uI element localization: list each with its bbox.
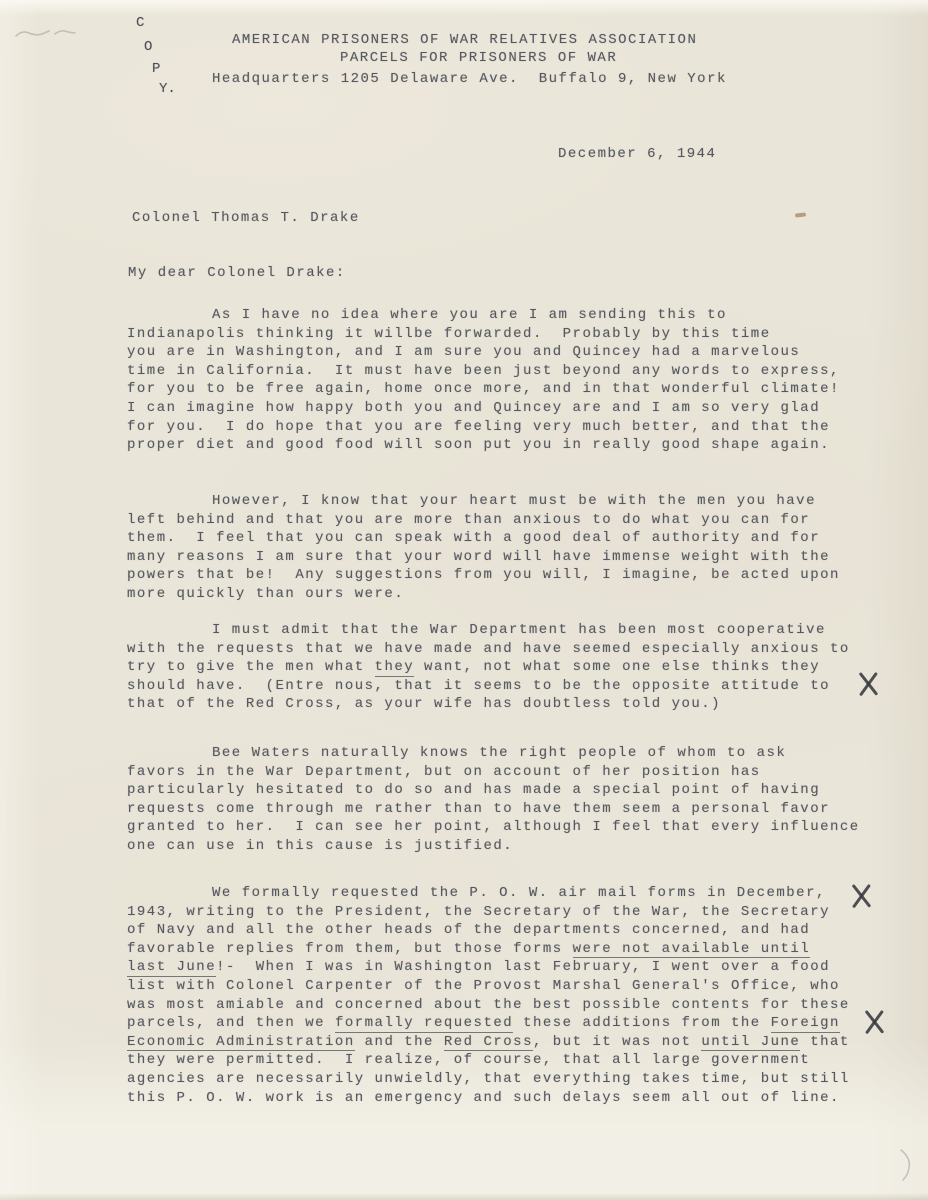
salutation: My dear Colonel Drake: — [128, 265, 346, 281]
typed-line: left behind and that you are more than a… — [127, 511, 917, 530]
pencil-scribble — [14, 24, 80, 44]
underlined-text: Foreign — [771, 1015, 840, 1033]
underlined-text: formally requested — [335, 1015, 513, 1033]
letterhead-organization: AMERICAN PRISONERS OF WAR RELATIVES ASSO… — [232, 32, 697, 48]
typed-line: parcels, and then we formally requested … — [127, 1014, 917, 1033]
underlined-text: Red Cross — [444, 1034, 533, 1052]
typed-line: We formally requested the P. O. W. air m… — [127, 884, 917, 903]
typed-line: granted to her. I can see her point, alt… — [127, 818, 917, 837]
typed-line: I can imagine how happy both you and Qui… — [127, 399, 917, 418]
typed-line: this P. O. W. work is an emergency and s… — [127, 1089, 917, 1108]
typed-line: of Navy and all the other heads of the d… — [127, 921, 917, 940]
typed-line: Bee Waters naturally knows the right peo… — [127, 744, 917, 763]
typed-line: requests come through me rather than to … — [127, 800, 917, 819]
typed-line: you are in Washington, and I am sure you… — [127, 343, 917, 362]
copy-stamp-letter: C — [136, 15, 144, 31]
typed-line: for you. I do hope that you are feeling … — [127, 418, 917, 437]
scanned-letter-page: C O P Y. AMERICAN PRISONERS OF WAR RELAT… — [0, 0, 928, 1200]
paragraph: However, I know that your heart must be … — [127, 492, 917, 604]
typed-line: for you to be free again, home once more… — [127, 380, 917, 399]
typed-line: with the requests that we have made and … — [127, 640, 917, 659]
underlined-text: Economic Administration — [127, 1034, 355, 1052]
paragraph: We formally requested the P. O. W. air m… — [127, 884, 917, 1107]
recipient-line: Colonel Thomas T. Drake — [132, 210, 360, 226]
typed-line: more quickly than ours were. — [127, 585, 917, 604]
typed-line: time in California. It must have been ju… — [127, 362, 917, 381]
typed-line: Economic Administration and the Red Cros… — [127, 1033, 917, 1052]
typed-line: proper diet and good food will soon put … — [127, 436, 917, 455]
underlined-text: were not available until — [573, 941, 811, 959]
ink-speck — [795, 212, 806, 217]
margin-x-mark — [862, 1008, 886, 1036]
typed-line: try to give the men what they want, not … — [127, 658, 917, 677]
underlined-text: they — [375, 659, 415, 677]
underlined-text: until June — [701, 1034, 800, 1052]
typed-line: list with Colonel Carpenter of the Provo… — [127, 977, 917, 996]
letter-date: December 6, 1944 — [558, 146, 716, 162]
typed-line: 1943, writing to the President, the Secr… — [127, 903, 917, 922]
typed-line: powers that be! Any suggestions from you… — [127, 566, 917, 585]
letterhead-subtitle: PARCELS FOR PRISONERS OF WAR — [340, 50, 617, 66]
typed-line: favors in the War Department, but on acc… — [127, 763, 917, 782]
typed-line: was most amiable and concerned about the… — [127, 996, 917, 1015]
copy-stamp-letter: Y. — [159, 81, 176, 97]
typed-line: one can use in this cause is justified. — [127, 837, 917, 856]
margin-x-mark — [849, 882, 873, 910]
underlined-text: last June — [127, 959, 216, 977]
typed-line: As I have no idea where you are I am sen… — [127, 306, 917, 325]
typed-line: many reasons I am sure that your word wi… — [127, 548, 917, 567]
typed-line: particularly hesitated to do so and has … — [127, 781, 917, 800]
letterhead-address: Headquarters 1205 Delaware Ave. Buffalo … — [212, 71, 727, 87]
copy-stamp-letter: O — [144, 39, 152, 55]
typed-line: Indianapolis thinking it willbe forwarde… — [127, 325, 917, 344]
paragraph: I must admit that the War Department has… — [127, 621, 917, 714]
typed-line: should have. (Entre nous, that it seems … — [127, 677, 917, 696]
pen-mark — [898, 1148, 914, 1182]
typed-line: they were permitted. I realize, of cours… — [127, 1051, 917, 1070]
typed-line: that of the Red Cross, as your wife has … — [127, 695, 917, 714]
copy-stamp-letter: P — [152, 61, 160, 77]
typed-line: last June!- When I was in Washington las… — [127, 958, 917, 977]
typed-line: favorable replies from them, but those f… — [127, 940, 917, 959]
paragraph: Bee Waters naturally knows the right peo… — [127, 744, 917, 856]
typed-line: I must admit that the War Department has… — [127, 621, 917, 640]
margin-x-mark — [856, 670, 880, 698]
typed-line: them. I feel that you can speak with a g… — [127, 529, 917, 548]
typed-line: agencies are necessarily unwieldly, that… — [127, 1070, 917, 1089]
paragraph: As I have no idea where you are I am sen… — [127, 306, 917, 455]
typed-line: However, I know that your heart must be … — [127, 492, 917, 511]
